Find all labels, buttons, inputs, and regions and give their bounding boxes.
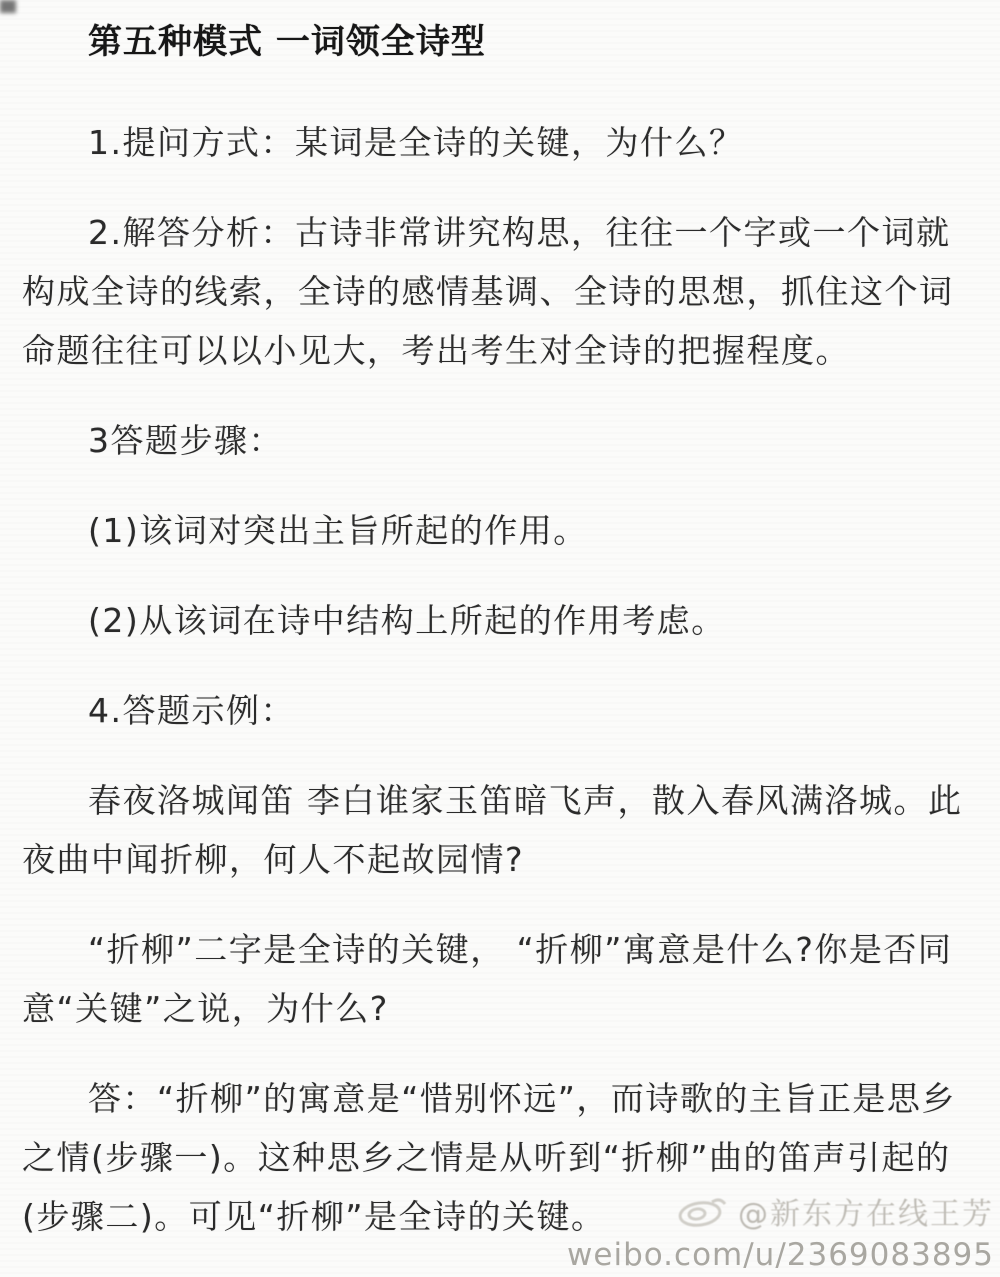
paragraph-example-heading: 4.答题示例： [22, 681, 980, 740]
paragraph-answer-analysis: 2.解答分析：古诗非常讲究构思，往往一个字或一个词就构成全诗的线索，全诗的感情基… [22, 203, 980, 380]
paragraph-step-1: (1)该词对突出主旨所起的作用。 [22, 501, 980, 560]
scan-artifact-corner [0, 0, 16, 13]
paragraph-example-answer: 答：“折柳”的寓意是“惜别怀远”，而诗歌的主旨正是思乡之情(步骤一)。这种思乡之… [22, 1069, 980, 1246]
paragraph-question-style: 1.提问方式：某词是全诗的关键，为什么？ [22, 113, 980, 172]
document-body: 第五种模式 一词领全诗型 1.提问方式：某词是全诗的关键，为什么？ 2.解答分析… [22, 22, 980, 1277]
paragraph-answer-steps-heading: 3答题步骤： [22, 411, 980, 470]
document-title: 第五种模式 一词领全诗型 [88, 22, 980, 62]
paragraph-poem: 春夜洛城闻笛 李白谁家玉笛暗飞声，散入春风满洛城。此夜曲中闻折柳，何人不起故园情… [22, 771, 980, 889]
paragraph-step-2: (2)从该词在诗中结构上所起的作用考虑。 [22, 591, 980, 650]
paragraph-example-question: “折柳”二字是全诗的关键， “折柳”寓意是什么?你是否同意“关键”之说，为什么? [22, 920, 980, 1038]
